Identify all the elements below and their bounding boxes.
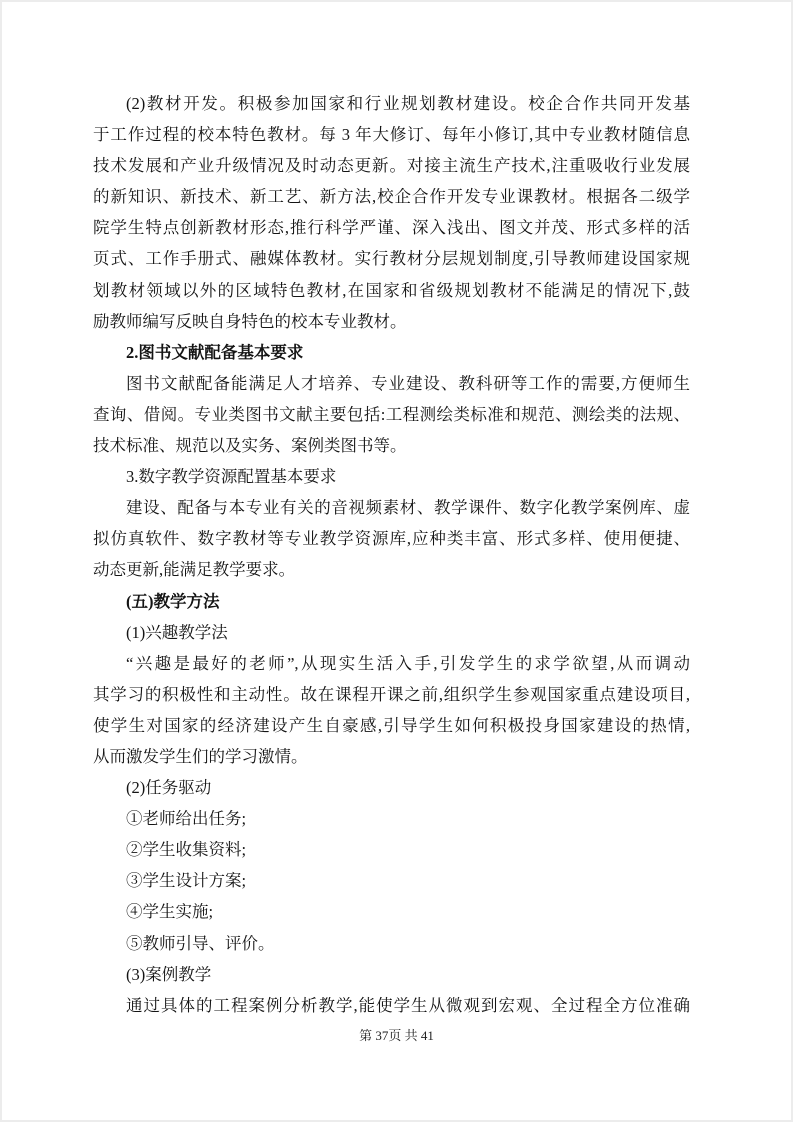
text-line: ⑤教师引导、评价。	[93, 928, 690, 959]
page-number: 第 37页 共 41	[0, 1026, 793, 1046]
text-line: 建设、配备与本专业有关的音视频素材、教学课件、数字化教学案例库、虚	[93, 492, 690, 523]
text-line: 从而激发学生们的学习激情。	[93, 741, 690, 772]
text-line: 图书文献配备能满足人才培养、专业建设、教科研等工作的需要,方便师生	[93, 368, 690, 399]
text-line: 拟仿真软件、数字教材等专业教学资源库,应种类丰富、形式多样、使用便捷、	[93, 523, 690, 554]
text-line: 3.数字教学资源配置基本要求	[93, 461, 690, 492]
text-line: 其学习的积极性和主动性。故在课程开课之前,组织学生参观国家重点建设项目,	[93, 679, 690, 710]
text-line: 于工作过程的校本特色教材。每 3 年大修订、每年小修订,其中专业教材随信息	[93, 119, 690, 150]
text-line: 查询、借阅。专业类图书文献主要包括:工程测绘类标准和规范、测绘类的法规、	[93, 399, 690, 430]
text-line: 励教师编写反映自身特色的校本专业教材。	[93, 306, 690, 337]
text-line: ③学生设计方案;	[93, 865, 690, 896]
text-line: (2)任务驱动	[93, 772, 690, 803]
text-line: 技术发展和产业升级情况及时动态更新。对接主流生产技术,注重吸收行业发展	[93, 150, 690, 181]
heading-line: 2.图书文献配备基本要求	[93, 337, 690, 368]
document-page: (2)教材开发。积极参加国家和行业规划教材建设。校企合作共同开发基于工作过程的校…	[0, 0, 793, 1122]
text-line: (2)教材开发。积极参加国家和行业规划教材建设。校企合作共同开发基	[93, 88, 690, 119]
text-line: 使学生对国家的经济建设产生自豪感,引导学生如何积极投身国家建设的热情,	[93, 710, 690, 741]
text-line: 通过具体的工程案例分析教学,能使学生从微观到宏观、全过程全方位准确	[93, 990, 690, 1021]
text-line: 的新知识、新技术、新工艺、新方法,校企合作开发专业课教材。根据各二级学	[93, 181, 690, 212]
text-line: ④学生实施;	[93, 896, 690, 927]
text-line: ①老师给出任务;	[93, 803, 690, 834]
text-line: (3)案例教学	[93, 959, 690, 990]
text-line: (1)兴趣教学法	[93, 617, 690, 648]
text-line: 页式、工作手册式、融媒体教材。实行教材分层规划制度,引导教师建设国家规	[93, 243, 690, 274]
text-line: 动态更新,能满足教学要求。	[93, 554, 690, 585]
text-line: ②学生收集资料;	[93, 834, 690, 865]
text-line: 院学生特点创新教材形态,推行科学严谨、深入浅出、图文并茂、形式多样的活	[93, 212, 690, 243]
text-line: “兴趣是最好的老师”,从现实生活入手,引发学生的求学欲望,从而调动	[93, 648, 690, 679]
heading-line: (五)教学方法	[93, 586, 690, 617]
text-line: 技术标准、规范以及实务、案例类图书等。	[93, 430, 690, 461]
text-block: (2)教材开发。积极参加国家和行业规划教材建设。校企合作共同开发基于工作过程的校…	[93, 88, 690, 1021]
text-line: 划教材领域以外的区域特色教材,在国家和省级规划教材不能满足的情况下,鼓	[93, 275, 690, 306]
